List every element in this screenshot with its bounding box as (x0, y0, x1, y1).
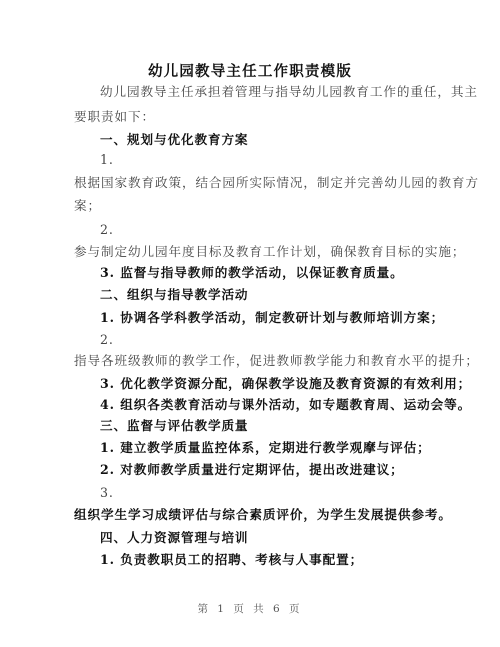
text-line: 指导各班级教师的教学工作，促进教师教学能力和教育水平的提升； (74, 353, 424, 369)
text-line: 四、人力资源管理与培训 (100, 530, 450, 546)
text-line: 1. 建立教学质量监控体系，定期进行教学观摩与评估； (100, 440, 450, 456)
text-line: 3. 监督与指导教师的教学活动，以保证教育质量。 (100, 265, 450, 281)
text-line: 组织学生学习成绩评估与综合素质评价，为学生发展提供参考。 (74, 507, 424, 523)
text-line: 三、监督与评估教学质量 (100, 418, 450, 434)
document-title: 幼儿园教导主任工作职责模版 (0, 60, 500, 81)
text-line: 1. (100, 152, 450, 168)
text-line: 3. 优化教学资源分配，确保教学设施及教育资源的有效利用； (100, 376, 450, 392)
document-page: 幼儿园教导主任工作职责模版 幼儿园教导主任承担着管理与指导幼儿园教育工作的重任，… (0, 0, 500, 647)
text-line: 二、组织与指导教学活动 (100, 287, 450, 303)
text-line: 2. (100, 222, 450, 238)
text-line: 1. 协调各学科教学活动，制定教研计划与教师培训方案； (100, 310, 450, 326)
text-line: 一、规划与优化教育方案 (100, 132, 450, 148)
page-footer: 第 1 页 共 6 页 (0, 601, 500, 616)
text-line: 根据国家教育政策，结合园所实际情况，制定并完善幼儿园的教育方 (74, 175, 424, 191)
text-line: 参与制定幼儿园年度目标及教育工作计划，确保教育目标的实施； (74, 244, 424, 260)
text-line: 案； (74, 198, 424, 214)
text-line: 2. (100, 332, 450, 348)
text-line: 3. (100, 485, 450, 501)
text-line: 4. 组织各类教育活动与课外活动，如专题教育周、运动会等。 (100, 397, 450, 413)
text-line: 1. 负责教职员工的招聘、考核与人事配置； (100, 552, 450, 568)
text-line: 幼儿园教导主任承担着管理与指导幼儿园教育工作的重任，其主 (100, 84, 450, 100)
text-line: 要职责如下： (74, 109, 424, 125)
text-line: 2. 对教师教学质量进行定期评估，提出改进建议； (100, 462, 450, 478)
